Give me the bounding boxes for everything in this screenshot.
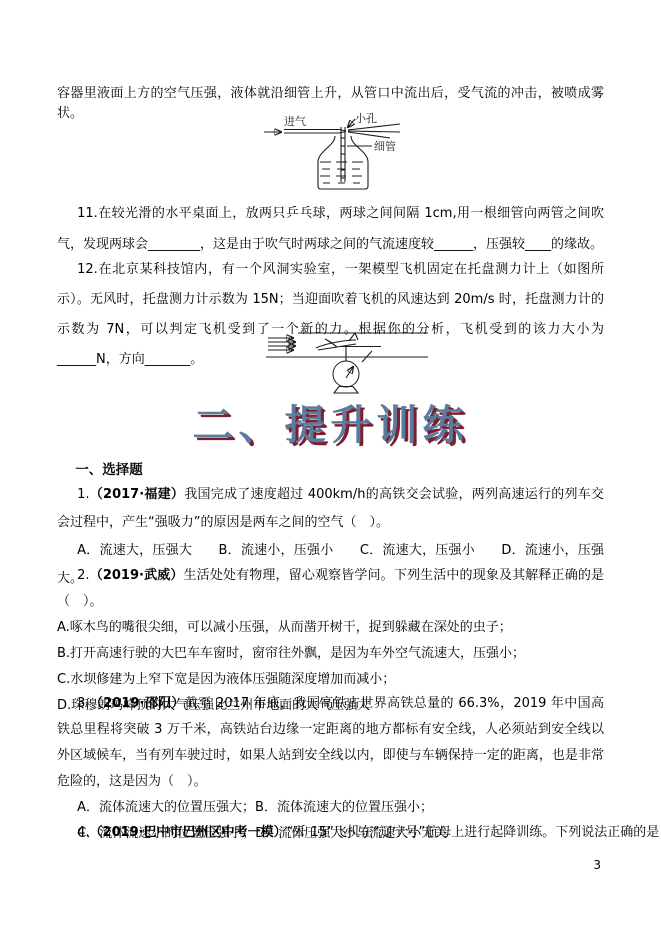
question-stem: 1.（2017·福建）我国完成了速度超过 400km/h的高铁交会试验，两列高速… xyxy=(57,481,604,537)
subsection-heading: 一、选择题 xyxy=(57,458,604,478)
small-hole-label: 小孔 xyxy=(355,111,377,125)
page-number: 3 xyxy=(593,858,601,872)
question-source: （2019·巴中市巴州区中考一模） xyxy=(90,825,287,840)
plane-wing-stroke xyxy=(325,339,332,343)
option-line: A．流体流速大的位置压强大；B．流体流速大的位置压强小； xyxy=(57,795,604,821)
question-number: 4. xyxy=(77,825,89,840)
question-4: 4.（2019·巴中市巴州区中考一模）“歼 15”飞机在“辽宁号”航母上进行起降… xyxy=(57,820,604,846)
small-hole-pointer-icon xyxy=(348,119,355,127)
question-text: “歼 15”飞机在“辽宁号”航母上进行起降训练。下列说法正确的是 xyxy=(287,825,660,840)
question-11: 11.在较光滑的水平桌面上，放两只乒乓球，两球之间间隔 1cm,用一根细管向两管… xyxy=(57,198,604,260)
question-number: 2. xyxy=(77,568,89,583)
question-stem: 3.（2019·邵阳）截至 2017 年底，我国高铁占世界高铁总量的 66.3%… xyxy=(57,691,604,795)
question-stem: 2.（2019·武威）生活处处有物理，留心观察皆学问。下列生活中的现象及其解释正… xyxy=(57,563,604,615)
option-line: A.啄木鸟的嘴很尖细，可以减小压强，从而凿开树干，捉到躲藏在深处的虫子； xyxy=(57,615,604,641)
air-intake-label: 进气 xyxy=(284,114,306,128)
thin-tube-label: 细管 xyxy=(374,139,396,153)
question-source: （2019·武威） xyxy=(90,568,184,583)
sprayer-figure: 进气 小孔 细管 xyxy=(262,110,402,196)
question-source: （2017·福建） xyxy=(90,487,185,502)
wind-tunnel-figure xyxy=(266,329,428,395)
question-number: 3. xyxy=(77,696,89,711)
question-stem: 4.（2019·巴中市巴州区中考一模）“歼 15”飞机在“辽宁号”航母上进行起降… xyxy=(57,820,604,846)
option-line: B.打开高速行驶的大巴车车窗时，窗帘往外飘，是因为车外空气流速大，压强小； xyxy=(57,641,604,667)
question-number: 1. xyxy=(77,487,89,502)
question-source: （2019·邵阳） xyxy=(90,696,185,711)
force-gauge-dial xyxy=(333,361,359,387)
worksheet-page: 容器里液面上方的空气压强，液体就沿细管上升，从管口中流出后，受气流的冲击，被喷成… xyxy=(0,0,661,935)
gauge-needle-icon xyxy=(346,367,353,378)
wind-tunnel-diagram xyxy=(266,329,428,395)
section-heading: 二、提升训练 xyxy=(0,392,661,451)
sprayer-diagram: 进气 小孔 细管 xyxy=(262,110,402,196)
spray-line-2 xyxy=(348,131,400,132)
option-line: C.水坝修建为上窄下宽是因为液体压强随深度增加而减小； xyxy=(57,667,604,693)
spray-line-3 xyxy=(348,132,390,138)
